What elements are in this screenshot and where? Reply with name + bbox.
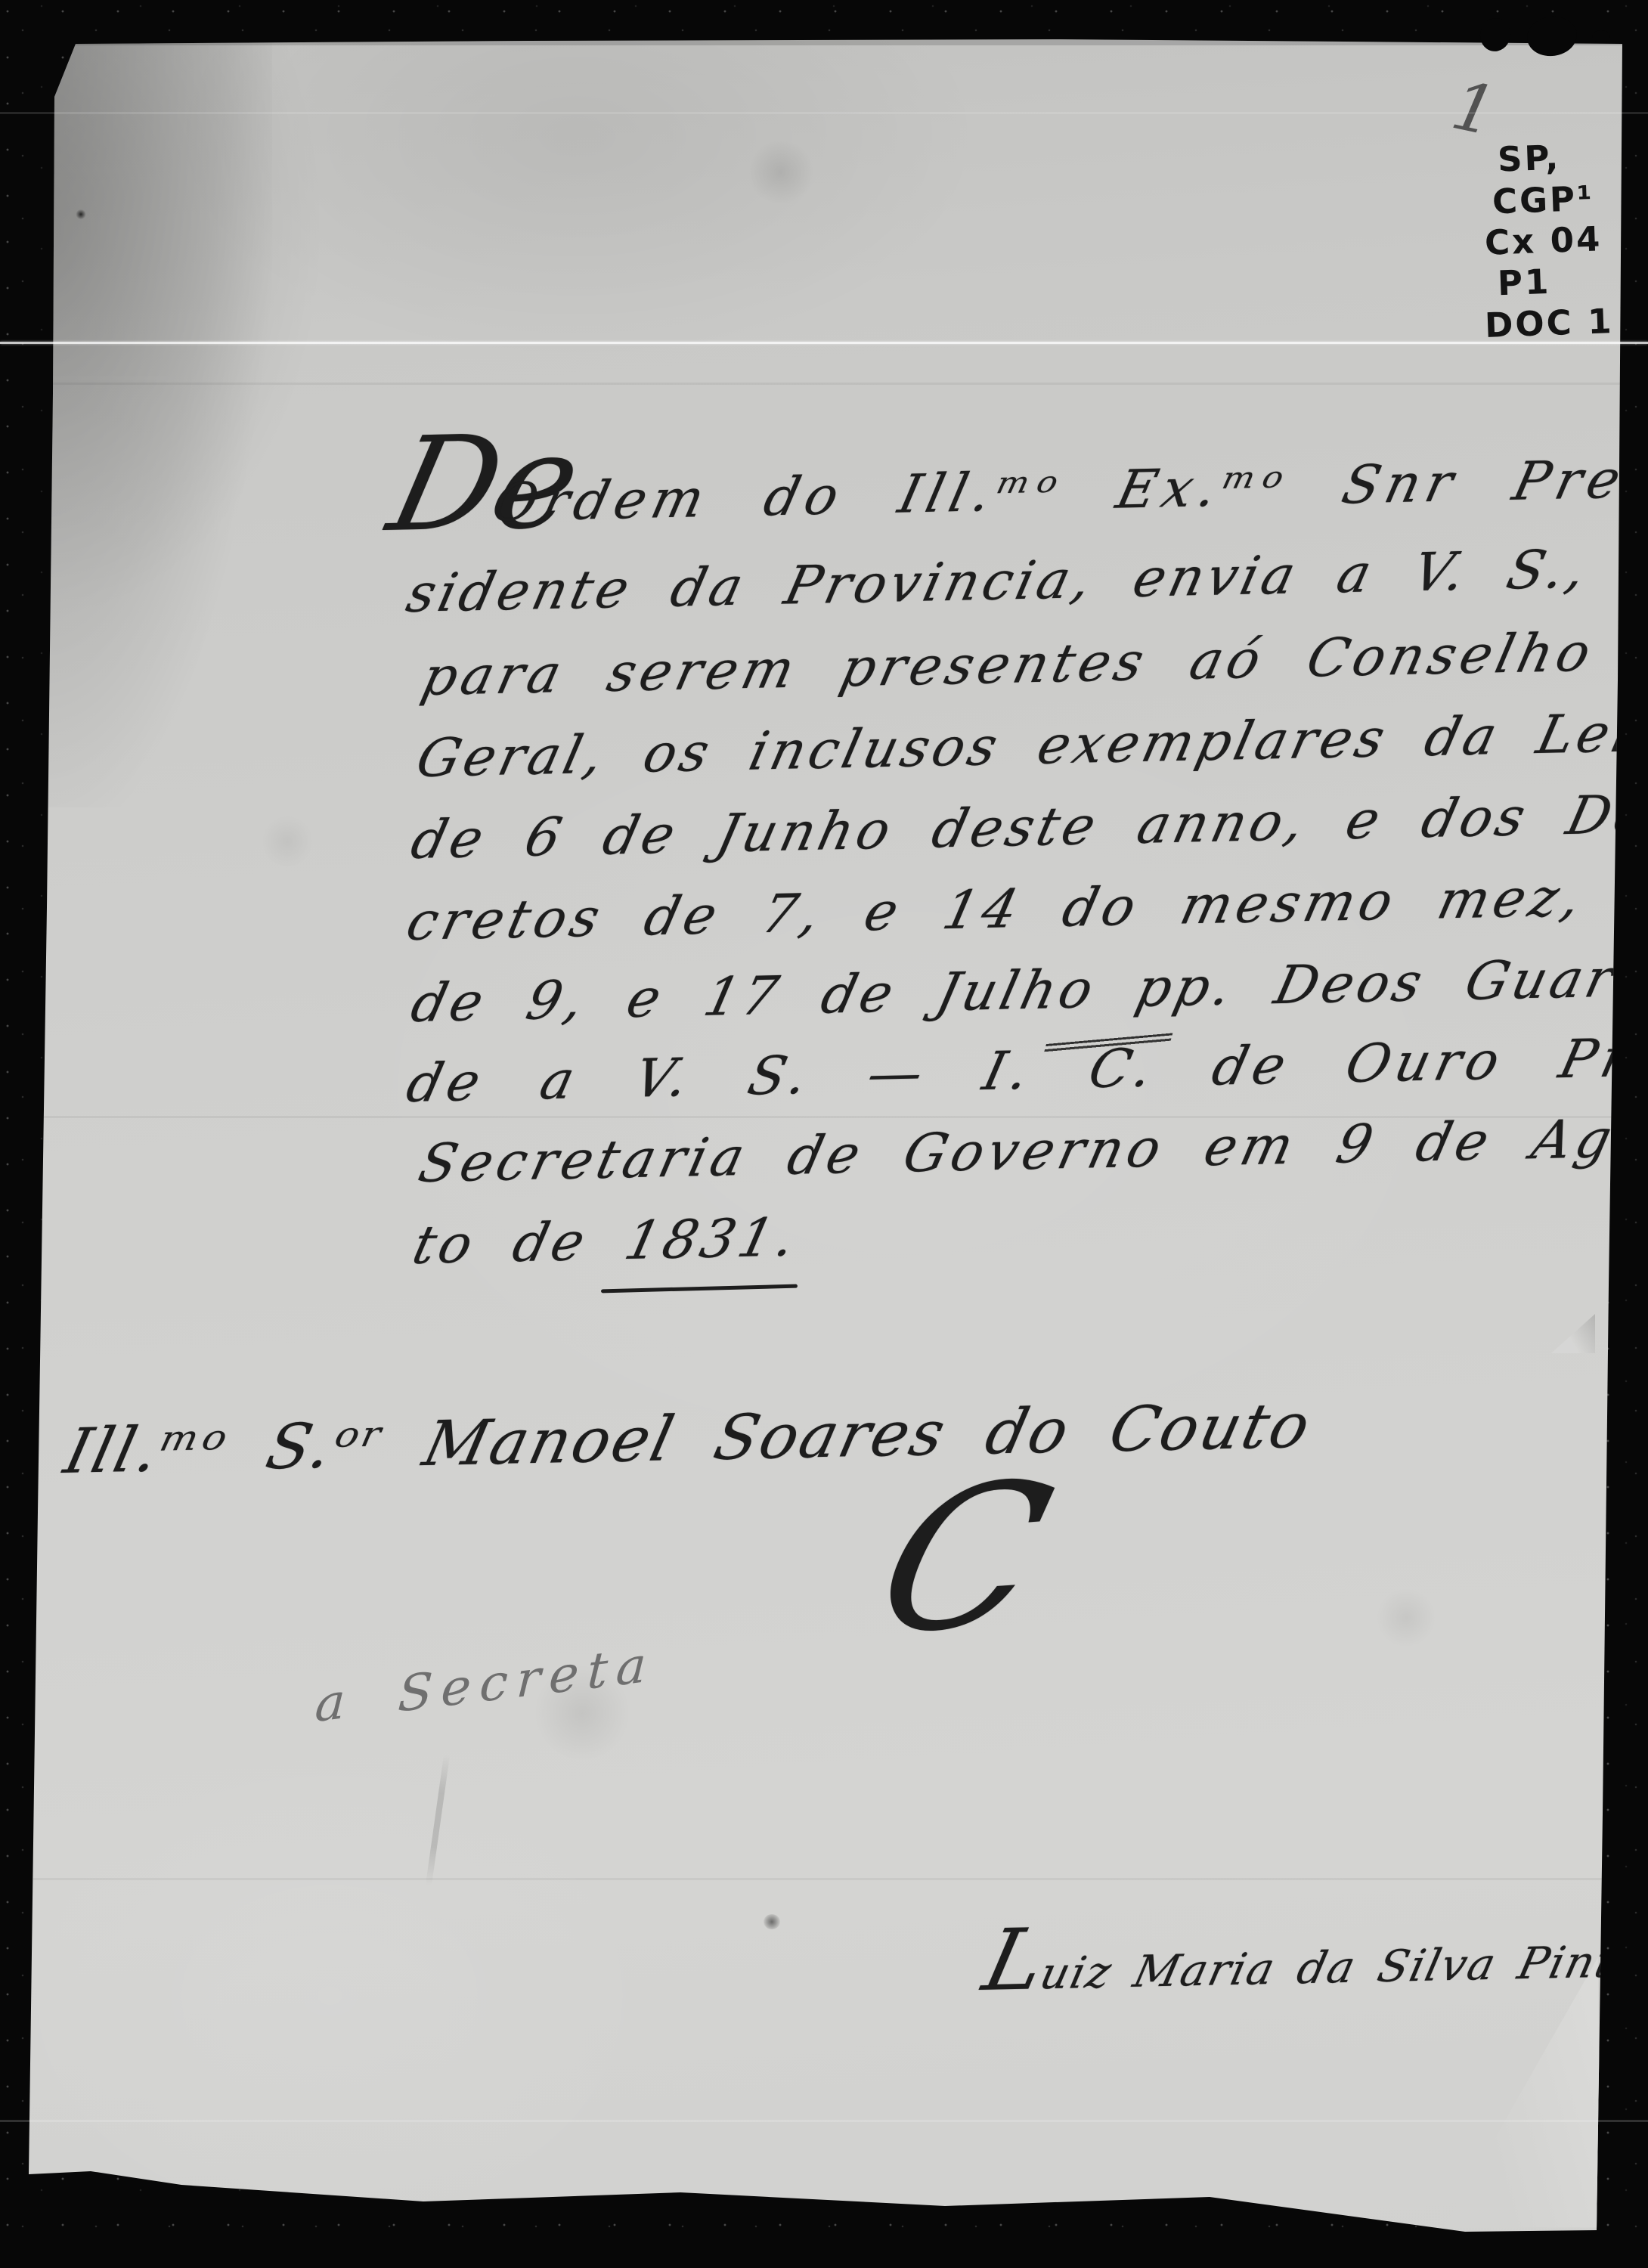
fold-crease-bottom: [33, 1878, 1622, 1880]
archival-stamp-line: Cx 04: [1484, 218, 1603, 262]
body-line-1: Ordem do Ill.ᵐᵒ Ex.ᵐᵒ Snr Pre: [488, 453, 1631, 529]
archival-stamp-line: SP,: [1497, 138, 1561, 180]
signature: Luiz Maria da Silva Pinto —: [977, 1904, 1648, 2003]
body-line-7: de 9, e 17 de Julho pp. Deos Guar: [407, 952, 1622, 1030]
pencil-streak: [426, 1754, 450, 1885]
archival-stamp-line: CGP¹: [1492, 178, 1594, 222]
addressee-flourish: C: [862, 1455, 1067, 1663]
body-line-4: Geral, os inclusos exemplares da Lei: [412, 707, 1640, 785]
edge-crease: [1551, 1314, 1595, 1353]
scan-scratch-line: [0, 2120, 1648, 2122]
fold-crease-top: [33, 383, 1622, 385]
archival-stamp-line: P1: [1497, 262, 1551, 303]
top-left-corner-shadow: [45, 36, 272, 807]
pencil-page-number: 1: [1445, 66, 1503, 150]
body-line-3: para serem presentes aó Conselho: [417, 626, 1600, 703]
body-line-5: de 6 de Junho deste anno, e dos De: [407, 788, 1648, 866]
top-edge-dark-blob: [1592, 30, 1610, 42]
addressee-line: Ill.ᵐᵒ S.ᵒʳ Manoel Soares do Couto: [59, 1396, 1318, 1483]
body-line-10: to de 1831.: [408, 1210, 804, 1272]
scan-scratch-line: [0, 112, 1648, 114]
archival-stamp-line: DOC 1: [1484, 301, 1614, 345]
body-line-9: Secretaria de Governo em 9 de Agos: [414, 1111, 1648, 1190]
ink-spot: [76, 209, 86, 219]
paper-stain: [257, 815, 318, 868]
paper-sheet: 1 SP, CGP¹ Cx 04 P1 DOC 1 De Ordem do Il…: [0, 0, 1648, 2268]
paper-stain: [1372, 1588, 1440, 1648]
ink-spot: [764, 1914, 780, 1929]
body-line-2: sidente da Provincia, envia a V. S.,: [402, 542, 1594, 620]
body-line-8: de a V. S. — I. C. de Ouro Preto: [402, 1029, 1648, 1110]
manuscript-scan: 1 SP, CGP¹ Cx 04 P1 DOC 1 De Ordem do Il…: [0, 0, 1648, 2268]
date-underline-flourish: [601, 1284, 798, 1294]
paper-stain: [745, 138, 817, 207]
body-line-6: cretos de 7, e 14 do mesmo mez, e: [402, 869, 1648, 948]
scan-scratch-line: [0, 342, 1648, 344]
